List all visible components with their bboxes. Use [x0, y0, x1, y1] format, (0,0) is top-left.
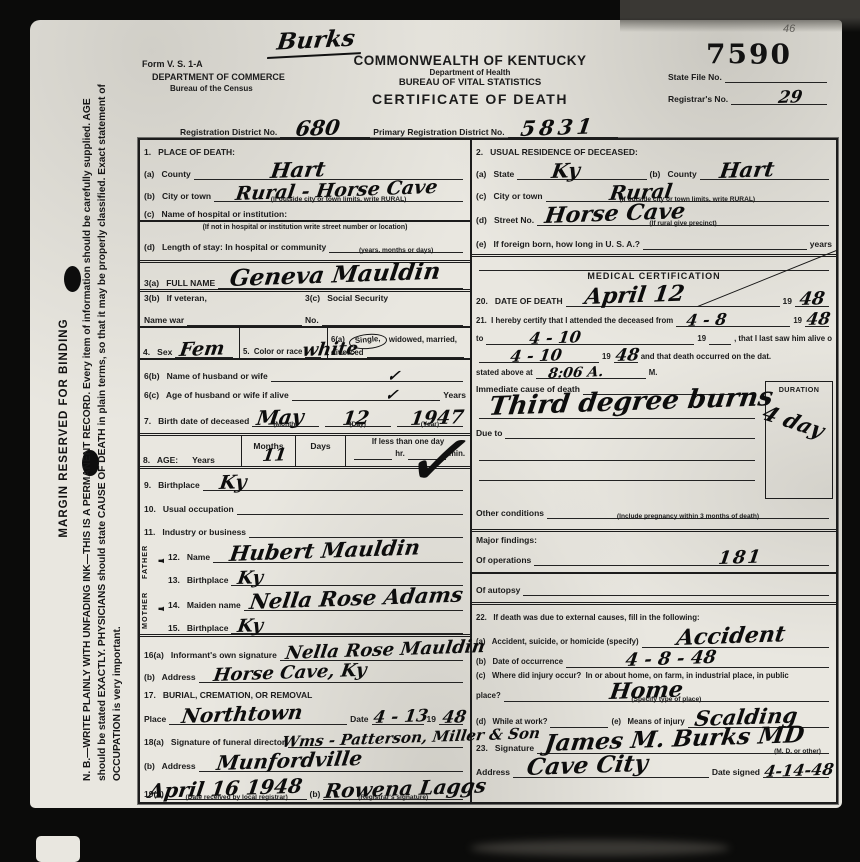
date-of-death-line: April 12	[566, 299, 780, 307]
burial-year-line: 48	[439, 717, 463, 725]
scan-artifact-smudge	[470, 840, 730, 856]
age-months-value: 11	[261, 445, 288, 466]
other-conditions-line: (Include pregnancy within 3 months of de…	[547, 511, 829, 519]
husband-wife-age-label: 6(c) Age of husband or wife if alive	[144, 391, 289, 401]
registrar-no-value: 29	[777, 87, 804, 108]
residence-county-value: Hart	[718, 156, 776, 183]
reg-district-line: 680	[280, 130, 370, 138]
full-name-value: Geneva Mauldin	[228, 258, 442, 292]
commonwealth-title: COMMONWEALTH OF KENTUCKY	[298, 53, 642, 68]
length-of-stay-line: (years, months or days)	[329, 245, 463, 253]
mother-birthplace-line: Ky	[231, 626, 463, 634]
age-label: 8. AGE:	[143, 456, 178, 466]
other-conditions-note: (Include pregnancy within 3 months of de…	[547, 513, 829, 520]
scanner-edge-shadow	[620, 0, 860, 32]
certify-saw-year-value: 48	[614, 345, 641, 366]
ss-no-label: No.	[305, 316, 319, 326]
date-of-death-label: 20. DATE OF DEATH	[476, 297, 563, 307]
certify-from-year-value: 48	[805, 309, 832, 330]
physician-signature-label: 23. Signature	[476, 744, 534, 754]
foreign-born-suffix: years	[810, 240, 832, 250]
state-file-no-label: State File No.	[668, 73, 722, 83]
injury-where-value: Home	[608, 676, 685, 705]
funeral-address-value: Munfordville	[215, 746, 364, 775]
mother-maiden-name-value: Nella Rose Adams	[248, 582, 465, 614]
father-name-line: Hubert Mauldin	[213, 555, 463, 563]
informant-address-line: Horse Cave, Ky	[199, 675, 463, 683]
husband-wife-age-check: ✓	[384, 386, 399, 404]
date-signed-value: 4-14-48	[763, 760, 835, 781]
residence-state-value: Ky	[550, 158, 582, 183]
length-of-stay-note: (years, months or days)	[329, 247, 463, 254]
major-findings-title: Major findings:	[476, 536, 537, 546]
department-name: DEPARTMENT OF COMMERCE	[152, 71, 285, 84]
meridiem-label: M.	[649, 369, 658, 379]
certify-from-value: 4 - 8	[685, 310, 728, 330]
mother-birthplace-label: 15. Birthplace	[168, 624, 228, 634]
veteran-label: 3(b) If veteran,	[144, 294, 305, 304]
certify-to-label: to	[476, 335, 483, 345]
reg-district-value: 680	[294, 114, 342, 141]
other-conditions-label: Other conditions	[476, 509, 544, 519]
bureau-vital-statistics: BUREAU OF VITAL STATISTICS	[298, 77, 642, 88]
physician-address-value: Cave City	[525, 750, 650, 781]
burial-date-line: 4 - 13	[372, 717, 424, 725]
stated-above-label: stated above at	[476, 369, 533, 379]
file-numbers: State File No. Registrar's No. 29	[668, 61, 830, 105]
county-value: Hart	[269, 156, 327, 183]
husband-wife-name-label: 6(b) Name of husband or wife	[144, 372, 268, 382]
accident-label: (a) Accident, suicide, or homicide (spec…	[476, 638, 639, 648]
certify-to-year-prefix: 19	[697, 335, 706, 345]
birth-date-label: 7. Birth date of deceased	[144, 417, 249, 427]
birth-day-line: 12 (Day)	[325, 419, 391, 427]
dod-year-prefix: 19	[783, 297, 792, 307]
registrar-sig-line: Rowena Laggs (Registrar's signature)	[323, 792, 463, 800]
father-brace: {	[153, 537, 164, 587]
due-to-line-2	[479, 453, 755, 461]
dept-of-health: Department of Health	[298, 68, 642, 77]
mother-brace: {	[153, 585, 164, 635]
certificate-body: 1. PLACE OF DEATH: (a) County Hart (b) C…	[138, 138, 838, 804]
registrar-no-label: Registrar's No.	[668, 95, 728, 105]
cause-line-2: Third degree burns	[479, 411, 755, 419]
color-race-line: white	[305, 350, 321, 358]
occurrence-date-line: 4 - 8 - 48	[566, 660, 829, 668]
time-of-death-line: 8:06 A.	[536, 371, 646, 379]
certify-to-year-line	[709, 337, 731, 345]
registrar-sig-value: Rowena Laggs	[323, 773, 488, 803]
accident-value: Accident	[675, 621, 787, 651]
sex-line: Fem	[175, 350, 233, 358]
burial-date-label: Date	[350, 715, 368, 725]
city-or-town-line: Rural - Horse Cave (If outside city or t…	[214, 194, 463, 202]
hr-label: hr.	[395, 450, 405, 460]
burial-year-value: 48	[441, 707, 468, 728]
bureau-name: Bureau of the Census	[170, 83, 285, 94]
occurrence-date-label: (b) Date of occurrence	[476, 658, 563, 668]
physician-address-line: Cave City	[513, 770, 709, 778]
hospital-label: (c) Name of hospital or institution:	[144, 210, 287, 220]
of-operations-label: Of operations	[476, 556, 531, 566]
form-number: Form V. S. 1-A	[142, 58, 285, 71]
residence-city-label: (c) City or town	[476, 192, 543, 202]
father-birthplace-label: 13. Birthplace	[168, 576, 228, 586]
form-identification: Form V. S. 1-A DEPARTMENT OF COMMERCE Bu…	[142, 58, 285, 94]
certificate-header: COMMONWEALTH OF KENTUCKY Department of H…	[298, 53, 642, 107]
burial-place-line: Northtown	[169, 717, 347, 725]
funeral-address-line: Munfordville	[199, 764, 463, 772]
due-to-line	[505, 431, 755, 439]
county-label: (a) County	[144, 170, 191, 180]
scan-artifact-chip	[36, 836, 80, 862]
primary-district-value: 5831	[519, 113, 597, 141]
certify-from-line: 4 - 8	[676, 319, 790, 327]
marital-line	[367, 350, 465, 358]
duration-box: DURATION 4 day	[765, 381, 833, 499]
certify-from-year-line: 48	[805, 319, 829, 327]
certificate-title: CERTIFICATE OF DEATH	[298, 91, 642, 107]
injury-where-label-2: place?	[476, 692, 501, 702]
foreign-born-line	[643, 242, 807, 250]
father-name-label: 12. Name	[168, 553, 210, 563]
certify-saw-year-line: 48	[614, 355, 638, 363]
informant-signature-label: 16(a) Informant's own signature	[144, 651, 277, 661]
full-name-label: 3(a) FULL NAME	[144, 279, 215, 289]
margin-binding-label: MARGIN RESERVED FOR BINDING	[58, 248, 78, 608]
of-autopsy-line	[523, 588, 829, 596]
residence-state-label: (a) State	[476, 170, 514, 180]
injury-where-line: Home (Specify type of place)	[504, 694, 829, 702]
name-war-line	[187, 318, 302, 326]
of-operations-value: 181	[717, 546, 764, 569]
foreign-born-label: (e) If foreign born, how long in U. S. A…	[476, 240, 640, 250]
burial-place-value: Northtown	[180, 700, 304, 728]
sex-value: Fem	[178, 337, 226, 361]
informant-signature-line: Nella Rose Mauldin	[280, 653, 463, 661]
sex-label: 4. Sex	[143, 348, 172, 358]
city-or-town-label: (b) City or town	[144, 192, 211, 202]
certify-line2-tail: , that I last saw him alive o	[734, 335, 832, 345]
father-name-value: Hubert Mauldin	[228, 534, 422, 566]
residence-street-line: Horse Cave (If rural give precinct)	[537, 218, 829, 226]
left-column: 1. PLACE OF DEATH: (a) County Hart (b) C…	[140, 140, 472, 802]
certify-saw-value: 4 - 10	[509, 345, 563, 366]
funeral-director-label: 18(a) Signature of funeral director	[144, 738, 285, 748]
father-label: FATHER	[140, 538, 153, 586]
mother-maiden-name-label: 14. Maiden name	[168, 601, 241, 611]
burial-place-label: Place	[144, 715, 166, 725]
mother-label: MOTHER	[140, 586, 153, 634]
residence-title: 2. USUAL RESIDENCE OF DECEASED:	[476, 148, 638, 158]
length-of-stay-label: (d) Length of stay: In hospital or commu…	[144, 243, 326, 253]
occurrence-date-value: 4 - 8 - 48	[624, 647, 718, 671]
duration-label: DURATION	[766, 382, 832, 394]
informant-address-label: (b) Address	[144, 673, 196, 683]
large-pen-check: ✓	[399, 419, 483, 502]
color-race-value: white	[301, 338, 359, 361]
age-days-label: Days	[310, 441, 330, 452]
external-causes-title: 22. If death was due to external causes,…	[476, 614, 700, 624]
mother-maiden-name-line: Nella Rose Adams	[244, 603, 463, 611]
certify-to-line: 4 - 10	[486, 337, 694, 345]
residence-street-value: Horse Cave	[543, 198, 687, 229]
birth-month-line: May (Month)	[252, 419, 318, 427]
years-suffix: Years	[443, 391, 466, 401]
registrar-no-line: 29	[731, 97, 827, 105]
right-column: 2. USUAL RESIDENCE OF DECEASED: (a) Stat…	[472, 140, 836, 802]
while-at-work-line	[550, 720, 608, 728]
certificate-paper: N. B.—WRITE PLAINLY WITH UNFADING INK—TH…	[30, 20, 842, 808]
husband-wife-name-line: ✓	[271, 374, 463, 382]
reg-district-label: Registration District No.	[180, 128, 277, 138]
blank-line	[479, 263, 829, 271]
certify-saw-year-prefix: 19	[602, 353, 611, 363]
father-birthplace-value: Ky	[236, 567, 264, 589]
cause-of-death-block: DURATION 4 day Immediate cause of death …	[472, 379, 836, 501]
date-signed-label: Date signed	[712, 768, 760, 778]
dod-year-value: 48	[798, 288, 826, 310]
age-years-label: Years	[192, 456, 215, 466]
time-of-death-value: 8:06 A.	[547, 364, 605, 382]
residence-county-line: Hart	[700, 172, 829, 180]
residence-street-label: (d) Street No.	[476, 216, 534, 226]
date-signed-line: 4-14-48	[763, 770, 829, 778]
state-file-no-line	[725, 75, 827, 83]
mother-birthplace-value: Ky	[236, 615, 264, 637]
registration-district-row: Registration District No. 680 Primary Re…	[180, 116, 720, 138]
registrar-sig-label: (b)	[310, 790, 321, 800]
birthplace-label: 9. Birthplace	[144, 481, 200, 491]
of-autopsy-label: Of autopsy	[476, 586, 520, 596]
certify-from-year-prefix: 19	[793, 317, 802, 327]
husband-wife-check: ✓	[386, 367, 401, 385]
social-security-label: 3(c) Social Security	[305, 294, 466, 304]
scanned-death-certificate: { "artifacts": { "handwritten_top": "Bur…	[0, 0, 860, 862]
full-name-line: Geneva Mauldin	[218, 281, 463, 289]
husband-wife-age-line: ✓	[292, 393, 441, 401]
residence-state-line: Ky	[517, 172, 646, 180]
accident-line: Accident	[642, 640, 829, 648]
color-race-label: 5. Color or race	[243, 348, 302, 358]
name-war-label: Name war	[144, 316, 184, 326]
certify-line1: 21. I hereby certify that I attended the…	[476, 317, 673, 327]
occupation-line	[237, 507, 463, 515]
registrar-received-line: April 16 1948 (Date received by local re…	[167, 792, 307, 800]
hospital-note: (If not in hospital or institution write…	[140, 222, 470, 233]
certify-saw-line: 4 - 10	[479, 355, 599, 363]
due-to-line-3	[479, 473, 755, 481]
burial-date-value: 4 - 13	[372, 706, 430, 728]
place-of-death-title: 1. PLACE OF DEATH:	[144, 148, 235, 158]
birth-day-value: 12	[341, 407, 371, 430]
ss-no-line	[322, 318, 463, 326]
birthplace-value: Ky	[218, 471, 248, 494]
marital-label-post: widowed, married,	[387, 335, 457, 345]
primary-district-line: 5831	[508, 130, 618, 138]
dod-year-line: 48	[795, 299, 829, 307]
informant-signature-value: Nella Rose Mauldin	[284, 636, 486, 664]
birth-month-value: May	[255, 404, 305, 430]
primary-district-label: Primary Registration District No.	[373, 128, 504, 138]
date-of-death-value: April 12	[583, 281, 686, 310]
occupation-label: 10. Usual occupation	[144, 505, 234, 515]
certify-line3-tail: and that death occurred on the dat.	[641, 353, 771, 363]
funeral-address-label: (b) Address	[144, 762, 196, 772]
of-operations-line: 181	[534, 558, 829, 566]
